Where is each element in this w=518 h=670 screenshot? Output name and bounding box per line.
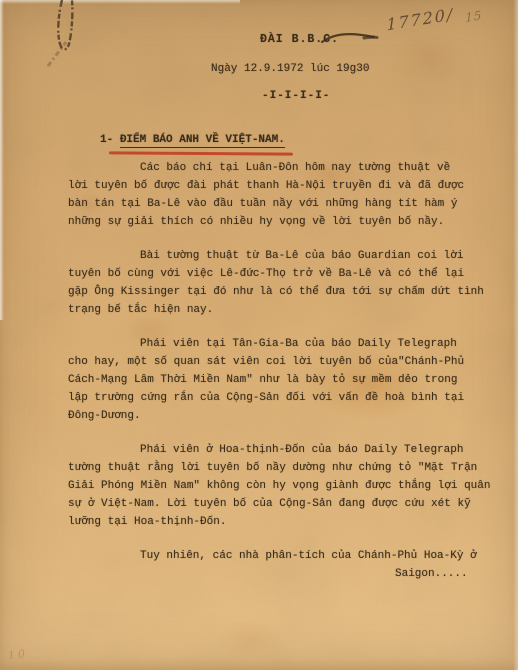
paragraph: Tuy nhiên, các nhà phân-tích của Chánh-P… <box>68 547 490 583</box>
typed-line: những sự giải thích có nhiều hy vọng về … <box>68 213 490 231</box>
typed-line: tường thuật rằng lời tuyên bố nầy dường … <box>68 459 490 477</box>
typed-line: sự ở Việt-Nam. Lời tuyên bố của Cộng-Sản… <box>68 495 490 513</box>
paperclip-mark <box>46 0 90 78</box>
scan-edge-right <box>513 0 518 670</box>
typed-line: Saigon..... <box>68 565 490 583</box>
faint-pencil-mark: 10 <box>7 647 28 662</box>
paragraph: Bài tường thuật từ Ba-Lê của báo Guardia… <box>68 247 490 319</box>
typed-line: gặp Ông Kissinger tại đó như là có thể đ… <box>68 283 490 301</box>
typed-line: Bài tường thuật từ Ba-Lê của báo Guardia… <box>68 247 490 265</box>
paragraph: Các báo chí tại Luân-Đôn hôm nay tường t… <box>68 159 490 231</box>
document-body: Các báo chí tại Luân-Đôn hôm nay tường t… <box>68 159 490 599</box>
typed-line: lời tuyên bố được đài phát thanh Hà-Nội … <box>68 177 490 195</box>
separator-ornament: -I-I-I-I- <box>262 90 330 102</box>
typed-line: lập trường cứng rắn của Cộng-Sản đối với… <box>68 389 490 407</box>
archive-number-sub: 15 <box>465 8 483 25</box>
typed-line: tuyên bố cùng với việc Lê-đức-Thọ trở về… <box>68 265 490 283</box>
handwritten-stroke <box>320 28 380 48</box>
typed-line: trạng bế tắc hiện nay. <box>68 301 490 319</box>
typed-line: Phái viên ở Hoa-thịnh-Đốn của báo Daily … <box>68 441 490 459</box>
broadcast-dateline: Ngày 12.9.1972 lúc 19g30 <box>211 63 369 75</box>
typed-line: bàn tán tại Ba-Lê vào đầu tuần nầy với n… <box>68 195 490 213</box>
handwritten-archive-number: 17720/ 15 <box>386 1 479 35</box>
red-pencil-underline <box>109 151 293 155</box>
scan-edge-left <box>0 0 4 320</box>
scan-edge-top <box>0 0 240 4</box>
typed-line: cho hay, một số quan sát viên coi lời tu… <box>68 353 490 371</box>
paragraph: Phái viên tại Tân-Gia-Ba của báo Daily T… <box>68 335 490 425</box>
typed-line: Giải Phóng Miền Nam" không còn hy vọng g… <box>68 477 490 495</box>
typed-line: lưỡng tại Hoa-thịnh-Đốn. <box>68 513 490 531</box>
archive-number-main: 17720/ <box>386 5 454 35</box>
scanned-document-page: 17720/ 15 ĐÀI B.B.C. Ngày 12.9.1972 lúc … <box>0 0 518 670</box>
paragraph: Phái viên ở Hoa-thịnh-Đốn của báo Daily … <box>68 441 490 531</box>
typed-line: Tuy nhiên, các nhà phân-tích của Chánh-P… <box>68 547 490 565</box>
heading-title: ĐIỂM BÁO ANH VỀ VIỆT-NAM. <box>120 134 285 148</box>
typed-line: Đông-Dương. <box>68 407 490 425</box>
heading-number: 1- <box>100 134 113 146</box>
typed-line: Cách-Mạng Lâm Thời Miền Nam" như là bày … <box>68 371 490 389</box>
section-heading: 1- ĐIỂM BÁO ANH VỀ VIỆT-NAM. <box>100 134 285 146</box>
typed-line: Các báo chí tại Luân-Đôn hôm nay tường t… <box>68 159 490 177</box>
typed-line: Phái viên tại Tân-Gia-Ba của báo Daily T… <box>68 335 490 353</box>
